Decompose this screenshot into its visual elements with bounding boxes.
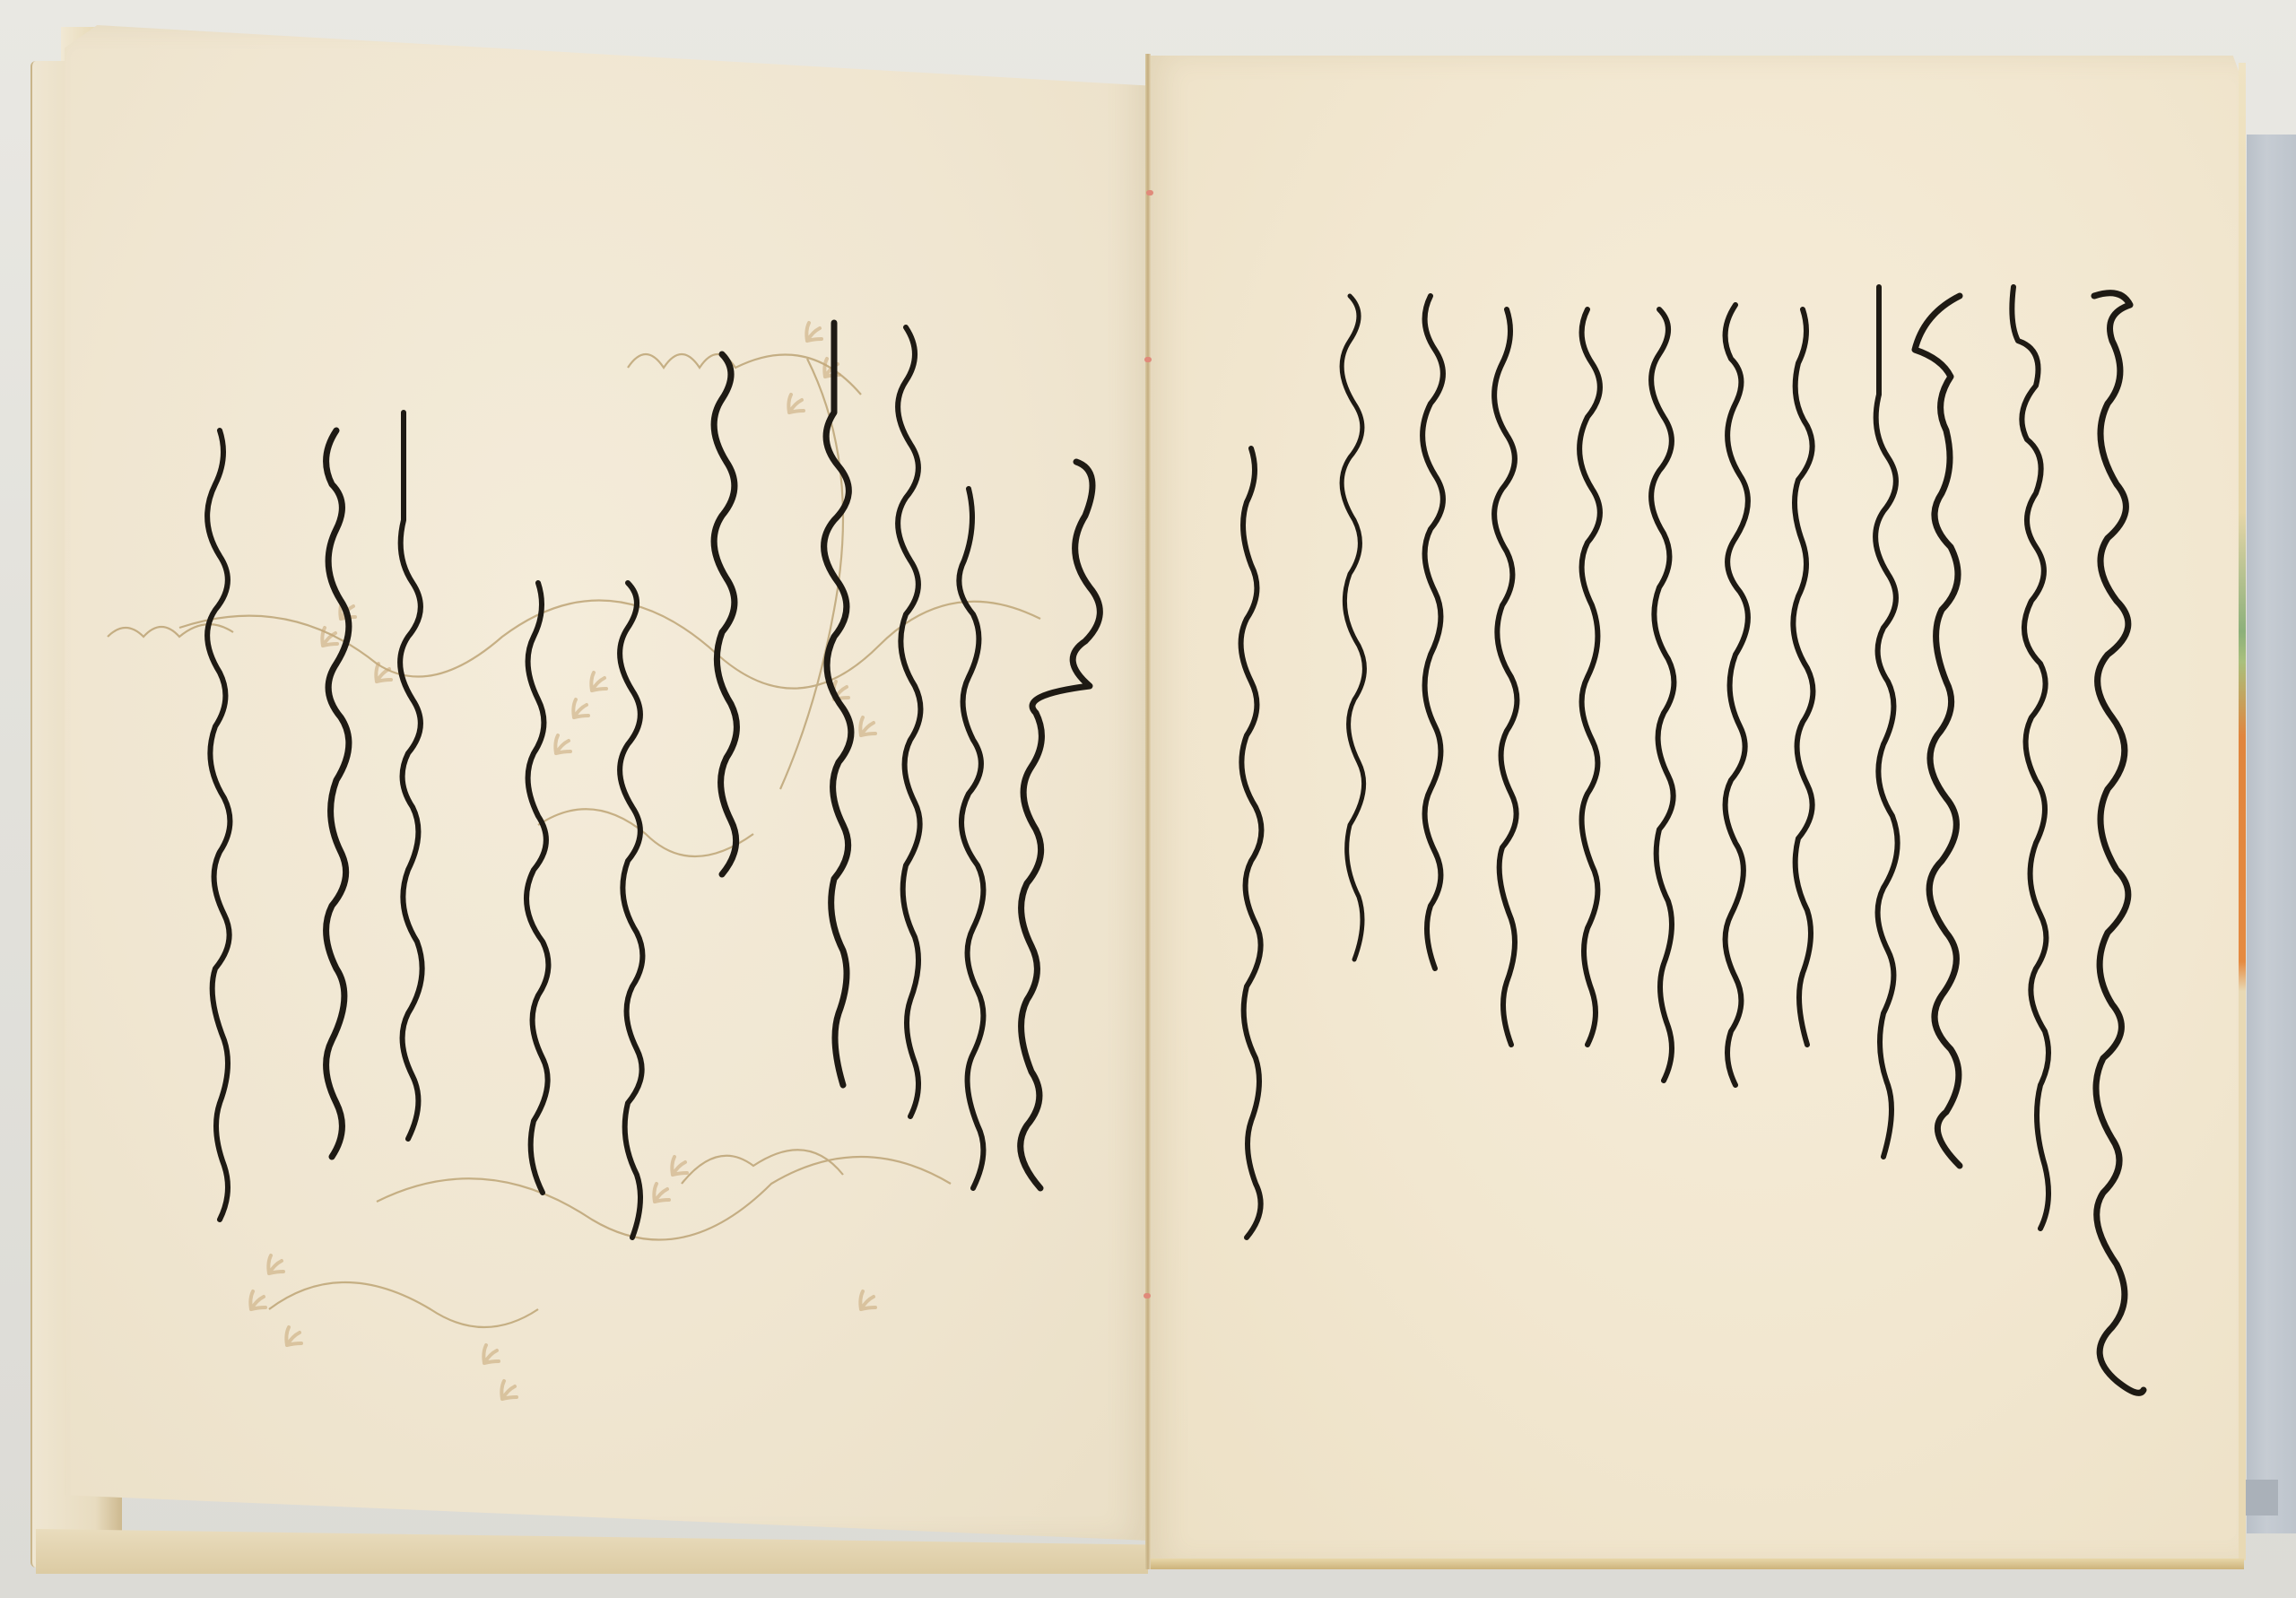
right-column-6 <box>1726 305 1748 1085</box>
left-column-5 <box>714 354 736 874</box>
right-column-9 <box>1494 309 1517 1045</box>
right-column-12 <box>1241 448 1262 1238</box>
photo-stage: open Japanese manuscript book with cursi… <box>0 0 2296 1598</box>
left-column-3 <box>898 327 920 1116</box>
right-column-2 <box>2012 287 2048 1229</box>
left-column-2 <box>959 489 983 1188</box>
right-column-3 <box>1915 296 1960 1166</box>
right-column-1 <box>2094 293 2144 1394</box>
left-column-10 <box>207 430 230 1220</box>
calligraphy-layer <box>0 0 2296 1598</box>
right-column-7 <box>1651 309 1674 1081</box>
ink-columns <box>207 287 2144 1393</box>
left-column-8 <box>400 413 422 1139</box>
right-column-8 <box>1579 309 1600 1045</box>
gold-underdrawing <box>108 354 1040 1327</box>
right-column-4 <box>1875 287 1898 1157</box>
right-column-10 <box>1422 296 1443 968</box>
left-column-9 <box>326 430 349 1157</box>
left-column-1 <box>1021 462 1100 1188</box>
left-column-4 <box>824 323 851 1085</box>
left-column-7 <box>526 583 548 1193</box>
left-column-6 <box>620 583 642 1238</box>
right-column-11 <box>1342 296 1364 960</box>
right-column-5 <box>1793 309 1813 1045</box>
